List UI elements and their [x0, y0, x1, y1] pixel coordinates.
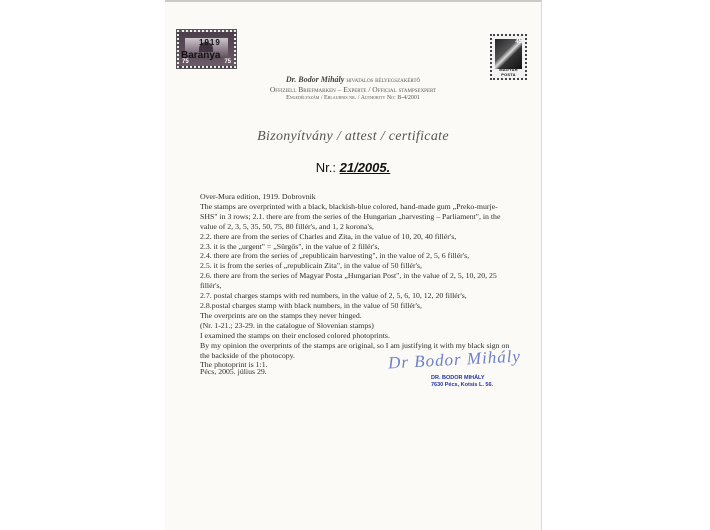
- expert-role: hivatalos bélyegszakértő: [346, 76, 420, 84]
- stamp-image-parliament: 1919 Baranya 75 75: [177, 30, 236, 68]
- letterhead-authority-line: Engedélyszám / Erlaubnis nr. / Authority…: [165, 95, 541, 101]
- stamp-overprint-value: 45: [515, 39, 522, 45]
- body-line: I examined the stamps on their enclosed …: [200, 331, 505, 341]
- body-line: The stamps are overprinted with a black,…: [200, 202, 505, 212]
- body-line: Over-Mura edition, 1919. Dobrovnik: [200, 192, 505, 202]
- body-line: fillér's,: [200, 281, 505, 291]
- stamp-image-harvesting: 45 MAGYAR POSTA: [490, 34, 527, 80]
- certificate-body: Over-Mura edition, 1919. Dobrovnik The s…: [200, 192, 505, 370]
- body-line: 2.5. it is from the series of „republica…: [200, 261, 505, 271]
- body-line: (Nr. 1-21.; 23-29. in the catalogue of S…: [200, 321, 505, 331]
- body-line: 2.7. postal charges stamps with red numb…: [200, 291, 505, 301]
- stamp-value-left: 75: [182, 59, 189, 65]
- expert-name: Dr. Bodor Mihály: [286, 75, 344, 84]
- seal-name: DR. BODOR MIHÁLY: [431, 375, 493, 382]
- certificate-number-label: Nr.:: [316, 160, 336, 175]
- letterhead-name-line: Dr. Bodor Mihály hivatalos bélyegszakért…: [165, 75, 541, 84]
- body-line: 2.6. there are from the series of Magyar…: [200, 271, 505, 281]
- stamp-value-right: 75: [224, 59, 231, 65]
- certificate-page: 1919 Baranya 75 75 45 MAGYAR POSTA Dr. B…: [165, 0, 542, 530]
- body-line: 2.3. it is the „urgent" = „Sürgős", in t…: [200, 242, 505, 252]
- letterhead-expert-line: Offiziell Briefmarken – Experte / Offici…: [165, 85, 541, 94]
- stamp-overprint-year: 1919: [199, 38, 221, 47]
- body-line: 2.4. there are from the series of „repub…: [200, 251, 505, 261]
- date-line: Pécs, 2005. július 29.: [200, 367, 267, 376]
- body-line: SHS" in 3 rows; 2.1. there are from the …: [200, 212, 505, 222]
- body-line: The overprints are on the stamps they ne…: [200, 311, 505, 321]
- body-line: 2.8.postal charges stamp with black numb…: [200, 301, 505, 311]
- body-line: value of 2, 3, 5, 35, 50, 75, 80 fillér'…: [200, 222, 505, 232]
- certificate-number: Nr.: 21/2005.: [165, 160, 541, 175]
- body-line: 2.2. there are from the series of Charle…: [200, 232, 505, 242]
- expert-seal: DR. BODOR MIHÁLY 7630 Pécs, Kotsis L. 56…: [431, 375, 493, 388]
- seal-address: 7630 Pécs, Kotsis L. 56.: [431, 382, 493, 389]
- certificate-title: Bizonyítvány / attest / certificate: [165, 129, 541, 145]
- certificate-number-value: 21/2005.: [340, 160, 391, 175]
